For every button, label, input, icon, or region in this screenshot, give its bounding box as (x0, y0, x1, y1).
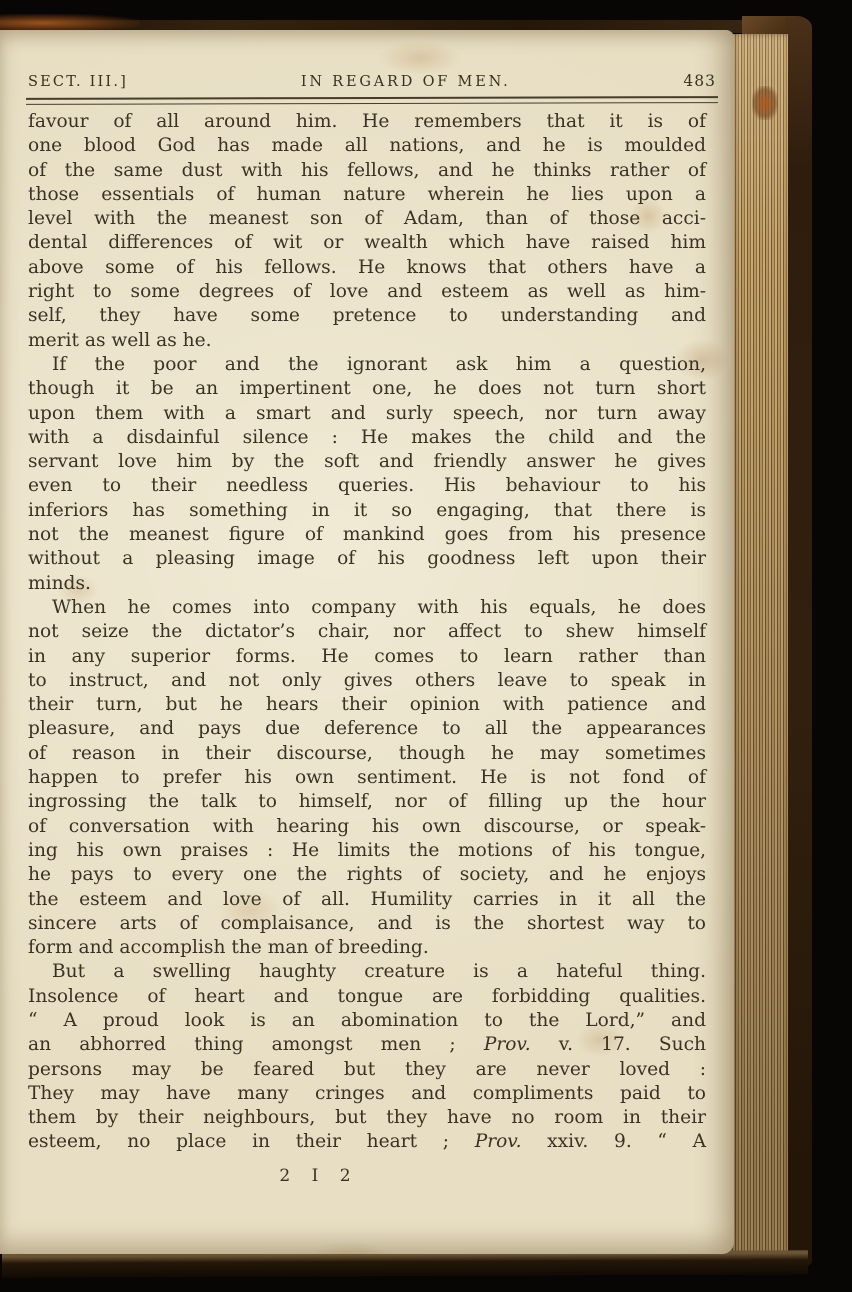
text-line: If the poor and the ignorant ask him a q… (28, 353, 706, 377)
text-line: to instruct, and not only gives others l… (28, 669, 706, 693)
text-line: them by their neighbours, but they have … (28, 1106, 706, 1130)
book-photo-scene: SECT. III.] IN REGARD OF MEN. 483 favour… (0, 0, 852, 1292)
book-bottom-edge (2, 1250, 808, 1278)
text-line: dental differences of wit or wealth whic… (28, 231, 706, 255)
text-line: of the same dust with his fellows, and h… (28, 159, 706, 183)
text-line: They may have many cringes and complimen… (28, 1082, 706, 1106)
text-line: without a pleasing image of his goodness… (28, 547, 706, 571)
text-line: above some of his fellows. He knows that… (28, 256, 706, 280)
book-cover-right-edge (786, 18, 812, 1266)
text-line: right to some degrees of love and esteem… (28, 280, 706, 304)
text-line: those essentials of human nature wherein… (28, 183, 706, 207)
text-line: self, they have some pretence to underst… (28, 304, 706, 328)
text-line: ingrossing the talk to himself, nor of f… (28, 790, 706, 814)
running-header: SECT. III.] IN REGARD OF MEN. 483 (28, 72, 716, 90)
text-line: of conversation with hearing his own dis… (28, 815, 706, 839)
text-line: form and accomplish the man of breeding. (28, 936, 706, 960)
text-line: an abhorred thing amongst men ; Prov. v.… (28, 1033, 706, 1057)
printer-signature: 2 I 2 (0, 1166, 658, 1186)
text-line: happen to prefer his own sentiment. He i… (28, 766, 706, 790)
text-line: one blood God has made all nations, and … (28, 134, 706, 158)
text-line: though it be an impertinent one, he does… (28, 377, 706, 401)
text-line: their turn, but he hears their opinion w… (28, 693, 706, 717)
text-line: ing his own praises : He limits the moti… (28, 839, 706, 863)
text-line: upon them with a smart and surly speech,… (28, 402, 706, 426)
text-line: even to their needless queries. His beha… (28, 474, 706, 498)
text-line: he pays to every one the rights of socie… (28, 863, 706, 887)
text-line: merit as well as he. (28, 329, 706, 353)
text-line: favour of all around him. He remembers t… (28, 110, 706, 134)
text-line: sincere arts of complaisance, and is the… (28, 912, 706, 936)
text-line: not the meanest figure of mankind goes f… (28, 523, 706, 547)
book-page: SECT. III.] IN REGARD OF MEN. 483 favour… (0, 30, 734, 1254)
cover-rust-spot-right (752, 86, 778, 120)
text-line: the esteem and love of all. Humility car… (28, 888, 706, 912)
text-line: minds. (28, 572, 706, 596)
text-line: in any superior forms. He comes to learn… (28, 645, 706, 669)
section-label: SECT. III.] (28, 74, 128, 90)
text-line: not seize the dictator’s chair, nor affe… (28, 620, 706, 644)
text-line: esteem, no place in their heart ; Prov. … (28, 1130, 706, 1154)
text-line: persons may be feared but they are never… (28, 1058, 706, 1082)
text-line: inferiors has something in it so engagin… (28, 499, 706, 523)
text-line: pleasure, and pays due deference to all … (28, 717, 706, 741)
page-number: 483 (683, 72, 716, 90)
header-rule (26, 96, 718, 105)
running-title: IN REGARD OF MEN. (128, 74, 683, 90)
text-line: of reason in their discourse, though he … (28, 742, 706, 766)
text-line: “ A proud look is an abomination to the … (28, 1009, 706, 1033)
text-line: level with the meanest son of Adam, than… (28, 207, 706, 231)
book-fore-edge-pages (730, 34, 788, 1256)
text-line: When he comes into company with his equa… (28, 596, 706, 620)
text-line: servant love him by the soft and friendl… (28, 450, 706, 474)
page-text: favour of all around him. He remembers t… (28, 110, 706, 1155)
text-line: Insolence of heart and tongue are forbid… (28, 985, 706, 1009)
text-line: with a disdainful silence : He makes the… (28, 426, 706, 450)
text-line: But a swelling haughty creature is a hat… (28, 960, 706, 984)
